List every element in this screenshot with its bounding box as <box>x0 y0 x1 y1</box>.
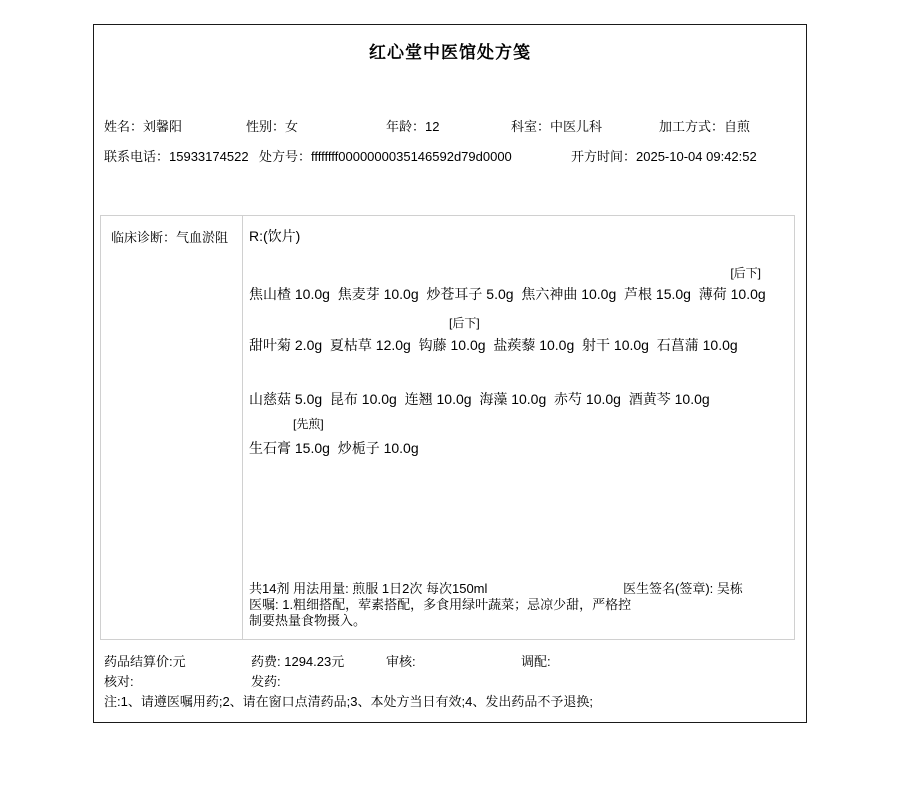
rx-number-label: 处方号： <box>259 149 311 164</box>
rx-time-label: 开方时间： <box>571 149 636 164</box>
processing-method-value: 自煎 <box>724 119 750 134</box>
rx-number-field: 处方号：ffffffff0000000035146592d79d0000 <box>259 146 512 165</box>
check-label: 核对: <box>104 674 134 689</box>
rx-bottom-block: 共14剂 用法用量: 煎服 1日2次 每次150ml 医生签名(签章): 吴栋 … <box>249 578 788 629</box>
phone-field: 联系电话：15933174522 <box>104 146 249 165</box>
medical-advice: 医嘱: 1.粗细搭配，荤素搭配，多食用绿叶蔬菜；忌凉少甜，严格控制要热量食物摄入… <box>249 597 637 629</box>
dispense-label: 调配: <box>521 654 551 669</box>
diagnosis-value: 气血淤阻 <box>176 230 228 245</box>
footer-note: 注:1、请遵医嘱用药;2、请在窗口点清药品;3、本处方当日有效;4、发出药品不予… <box>104 691 593 710</box>
decoction-tag-houxia-2: [后下] <box>243 314 794 331</box>
phone-label: 联系电话： <box>104 149 169 164</box>
patient-dept-value: 中医儿科 <box>550 119 602 134</box>
doctor-signature-field: 医生签名(签章): 吴栋 <box>623 578 743 597</box>
herb-line-1: 焦山楂 10.0g 焦麦芽 10.0g 炒苍耳子 5.0g 焦六神曲 10.0g… <box>249 284 794 304</box>
usage-summary: 共14剂 用法用量: 煎服 1日2次 每次150ml <box>249 581 487 596</box>
fee-label: 药费: <box>251 654 284 669</box>
check-field: 核对: <box>104 671 134 690</box>
patient-dept-label: 科室： <box>511 119 550 134</box>
decoction-tag-xianjian: [先煎] <box>243 415 794 432</box>
settle-price-label: 药品结算价: <box>104 654 173 669</box>
give-field: 发药: <box>251 671 281 690</box>
prescription-box: 临床诊断：气血淤阻 R:(饮片) [后下] 焦山楂 10.0g 焦麦芽 10.0… <box>100 215 795 640</box>
herb-line-3: 山慈菇 5.0g 昆布 10.0g 连翘 10.0g 海藻 10.0g 赤芍 1… <box>249 389 794 409</box>
patient-gender-value: 女 <box>285 119 298 134</box>
patient-name-label: 姓名： <box>104 119 143 134</box>
processing-method-label: 加工方式： <box>659 119 724 134</box>
phone-value: 15933174522 <box>169 149 249 164</box>
dispense-field: 调配: <box>521 651 551 670</box>
diagnosis-cell: 临床诊断：气血淤阻 <box>101 216 243 639</box>
doctor-signature-label: 医生签名(签章): <box>623 581 717 596</box>
fee-field: 药费: 1294.23元 <box>251 651 344 670</box>
settle-price-value: 元 <box>173 654 186 669</box>
rx-time-field: 开方时间：2025-10-04 09:42:52 <box>571 146 757 165</box>
patient-dept-field: 科室：中医儿科 <box>511 116 602 135</box>
herb-line-2: 甜叶菊 2.0g 夏枯草 12.0g 钩藤 10.0g 盐蒺藜 10.0g 射干… <box>249 335 794 355</box>
doctor-signature-value: 吴栋 <box>717 581 743 596</box>
patient-age-label: 年龄： <box>386 119 425 134</box>
patient-gender-label: 性别： <box>246 119 285 134</box>
audit-field: 审核: <box>386 651 416 670</box>
give-label: 发药: <box>251 674 281 689</box>
prescription-sheet: 红心堂中医馆处方笺 姓名：刘馨阳 性别：女 年龄：12 科室：中医儿科 加工方式… <box>93 24 807 723</box>
page-title: 红心堂中医馆处方笺 <box>94 38 806 63</box>
usage-summary-row: 共14剂 用法用量: 煎服 1日2次 每次150ml 医生签名(签章): 吴栋 <box>249 578 788 597</box>
diagnosis-label: 临床诊断： <box>111 230 176 245</box>
processing-method-field: 加工方式：自煎 <box>659 116 750 135</box>
herbs-cell: R:(饮片) [后下] 焦山楂 10.0g 焦麦芽 10.0g 炒苍耳子 5.0… <box>243 216 794 639</box>
fee-value: 1294.23元 <box>284 654 344 669</box>
decoction-tag-houxia-1: [后下] <box>243 264 794 281</box>
settle-price-field: 药品结算价:元 <box>104 651 186 670</box>
audit-label: 审核: <box>386 654 416 669</box>
prescription-page: 红心堂中医馆处方笺 姓名：刘馨阳 性别：女 年龄：12 科室：中医儿科 加工方式… <box>0 0 900 800</box>
rx-header: R:(饮片) <box>249 226 794 246</box>
rx-number-value: ffffffff0000000035146592d79d0000 <box>311 149 512 164</box>
rx-time-value: 2025-10-04 09:42:52 <box>636 149 757 164</box>
patient-age-field: 年龄：12 <box>386 116 439 135</box>
herb-line-4: 生石膏 15.0g 炒栀子 10.0g <box>249 438 794 458</box>
patient-name-field: 姓名：刘馨阳 <box>104 116 182 135</box>
patient-age-value: 12 <box>425 119 439 134</box>
patient-gender-field: 性别：女 <box>246 116 298 135</box>
patient-name-value: 刘馨阳 <box>143 119 182 134</box>
